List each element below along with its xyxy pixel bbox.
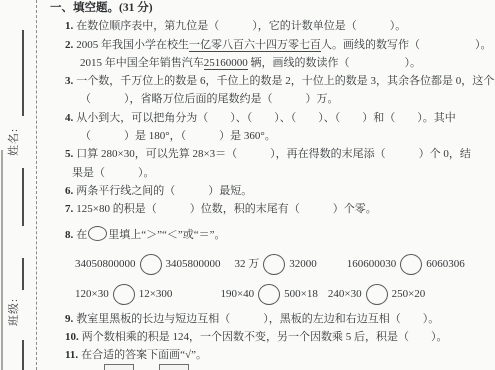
answer-box-partial	[159, 364, 189, 370]
exam-paper-page: 姓名: 班级: 一、填空题。(31 分)1.在数位顺序表中，第九位是（ ），它的…	[0, 0, 495, 370]
text-run: 口算 280×30，可以先算 28×3＝（ ），再在得数的末尾添（ ）个 0，结	[76, 148, 471, 160]
underlined-text: 一亿零八百六十四万零七百	[189, 39, 321, 53]
question-line: 3.一个数，千万位上的数是 6，千位上的数是 2，十位上的数是 3，其余各位都是…	[0, 72, 495, 90]
text-run: 在合适的答案下面画“√”。	[81, 349, 207, 361]
question-number: 1.	[65, 20, 73, 32]
comparison-group: 32 万32000	[235, 254, 317, 275]
question-number: 4.	[65, 112, 73, 124]
question-number: 6.	[65, 185, 73, 197]
fill-circle-icon	[140, 254, 162, 275]
question-line: 7.125×80 的积是（ ）位数，积的末尾有（ ）个零。	[0, 200, 495, 218]
question-line: 10.两个数相乘的积是 124，一个因数不变，另一个因数乘 5 后，积是（ ）。	[0, 328, 495, 346]
question-number: 7.	[65, 203, 73, 215]
question-number: 2.	[65, 39, 73, 51]
section-title-text: 一、填空题。(31 分)	[50, 2, 153, 14]
text-run: 从小到大，可以把角分为（ ）、（ ）、（ ）、（ ）和（ ）。其中	[76, 112, 456, 124]
question-number: 5.	[65, 148, 73, 160]
question-line: 果是（ ）。	[0, 164, 495, 182]
question-line: 2.2005 年我国小学在校生一亿零八百六十四万零七百人。画线的数写作（ ）。	[0, 36, 495, 54]
text-run: 在数位顺序表中，第九位是（ ），它的计数单位是（ ）。	[76, 20, 406, 32]
comparison-row: 120×3012×300190×40500×18240×30250×20	[0, 282, 495, 308]
question-number: 9.	[65, 313, 73, 325]
comparison-group: 190×40500×18	[220, 284, 317, 305]
fill-circle-icon	[258, 284, 280, 305]
text-run: 在	[76, 229, 87, 241]
comparison-left-value: 190×40	[220, 285, 254, 303]
comparison-right-value: 32000	[289, 255, 317, 273]
content-lines: 一、填空题。(31 分)1.在数位顺序表中，第九位是（ ），它的计数单位是（ ）…	[0, 0, 495, 364]
comparison-right-value: 3405800000	[166, 255, 221, 273]
text-run: 两条平行线之间的（ ）最短。	[76, 185, 252, 197]
text-run: 一个数，千万位上的数是 6，千位上的数是 2，十位上的数是 3，其余各位都是 0…	[76, 75, 495, 87]
comparison-right-value: 500×18	[284, 285, 318, 303]
fill-circle-icon	[366, 284, 388, 305]
text-run: 里填上“＞”“＜”或“＝”。	[108, 229, 225, 241]
question-line: 9.教室里黑板的长边与短边互相（ ），黑板的左边和右边互相（ ）。	[0, 310, 495, 328]
text-run: 两个数相乘的积是 124，一个因数不变，另一个因数乘 5 后，积是（ ）。	[82, 331, 448, 343]
text-run: （ ）是 180°，（ ）是 360°。	[80, 130, 276, 142]
comparison-row: 34050800000340580000032 万320001606000306…	[0, 252, 495, 278]
question-line: （ ），省略万位后面的尾数约是（ ）万。	[0, 90, 495, 108]
fill-circle-icon	[400, 254, 422, 275]
comparison-group: 120×3012×300	[75, 284, 172, 305]
question-line: 8.在里填上“＞”“＜”或“＝”。	[0, 224, 495, 246]
text-run: 人。画线的数写作（ ）。	[321, 39, 492, 51]
fill-circle-icon	[88, 226, 107, 241]
question-number: 11.	[65, 349, 78, 361]
question-line: 2015 年中国全年销售汽车25160000 辆，画线的数读作（ ）。	[0, 54, 495, 72]
question-line: 6.两条平行线之间的（ ）最短。	[0, 182, 495, 200]
text-run: 辆，画线的数读作（ ）。	[248, 57, 421, 69]
question-line: 11.在合适的答案下面画“√”。	[0, 346, 495, 364]
comparison-right-value: 6060306	[426, 255, 465, 273]
fill-circle-icon	[113, 284, 135, 305]
question-line: （ ）是 180°，（ ）是 360°。	[0, 127, 495, 145]
comparison-left-value: 240×30	[328, 285, 362, 303]
question-number: 10.	[65, 331, 79, 343]
text-run: 2005 年我国小学在校生	[76, 39, 189, 51]
answer-box-partial	[104, 364, 134, 370]
comparison-left-value: 160600030	[347, 255, 397, 273]
question-line: 1.在数位顺序表中，第九位是（ ），它的计数单位是（ ）。	[0, 17, 495, 35]
question-number: 8.	[65, 229, 73, 241]
text-run: 2015 年中国全年销售汽车	[80, 57, 204, 69]
question-number: 3.	[65, 75, 73, 87]
question-line: 4.从小到大，可以把角分为（ ）、（ ）、（ ）、（ ）和（ ）。其中	[0, 109, 495, 127]
text-run: 125×80 的积是（ ）位数，积的末尾有（ ）个零。	[76, 203, 376, 215]
comparison-group: 340508000003405800000	[75, 254, 221, 275]
question-line: 5.口算 280×30，可以先算 28×3＝（ ），再在得数的末尾添（ ）个 0…	[0, 145, 495, 163]
comparison-group: 1606000306060306	[347, 254, 465, 275]
comparison-right-value: 12×300	[139, 285, 173, 303]
text-run: （ ），省略万位后面的尾数约是（ ）万。	[80, 93, 339, 105]
comparison-left-value: 32 万	[235, 255, 260, 273]
comparison-left-value: 34050800000	[75, 255, 136, 273]
text-run: 教室里黑板的长边与短边互相（ ），黑板的左边和右边互相（ ）。	[76, 313, 439, 325]
comparison-group: 240×30250×20	[328, 284, 425, 305]
fill-circle-icon	[263, 254, 285, 275]
section-title: 一、填空题。(31 分)	[0, 0, 495, 17]
comparison-left-value: 120×30	[75, 285, 109, 303]
underlined-text: 25160000	[204, 57, 248, 71]
comparison-right-value: 250×20	[392, 285, 426, 303]
text-run: 果是（ ）。	[72, 167, 155, 179]
